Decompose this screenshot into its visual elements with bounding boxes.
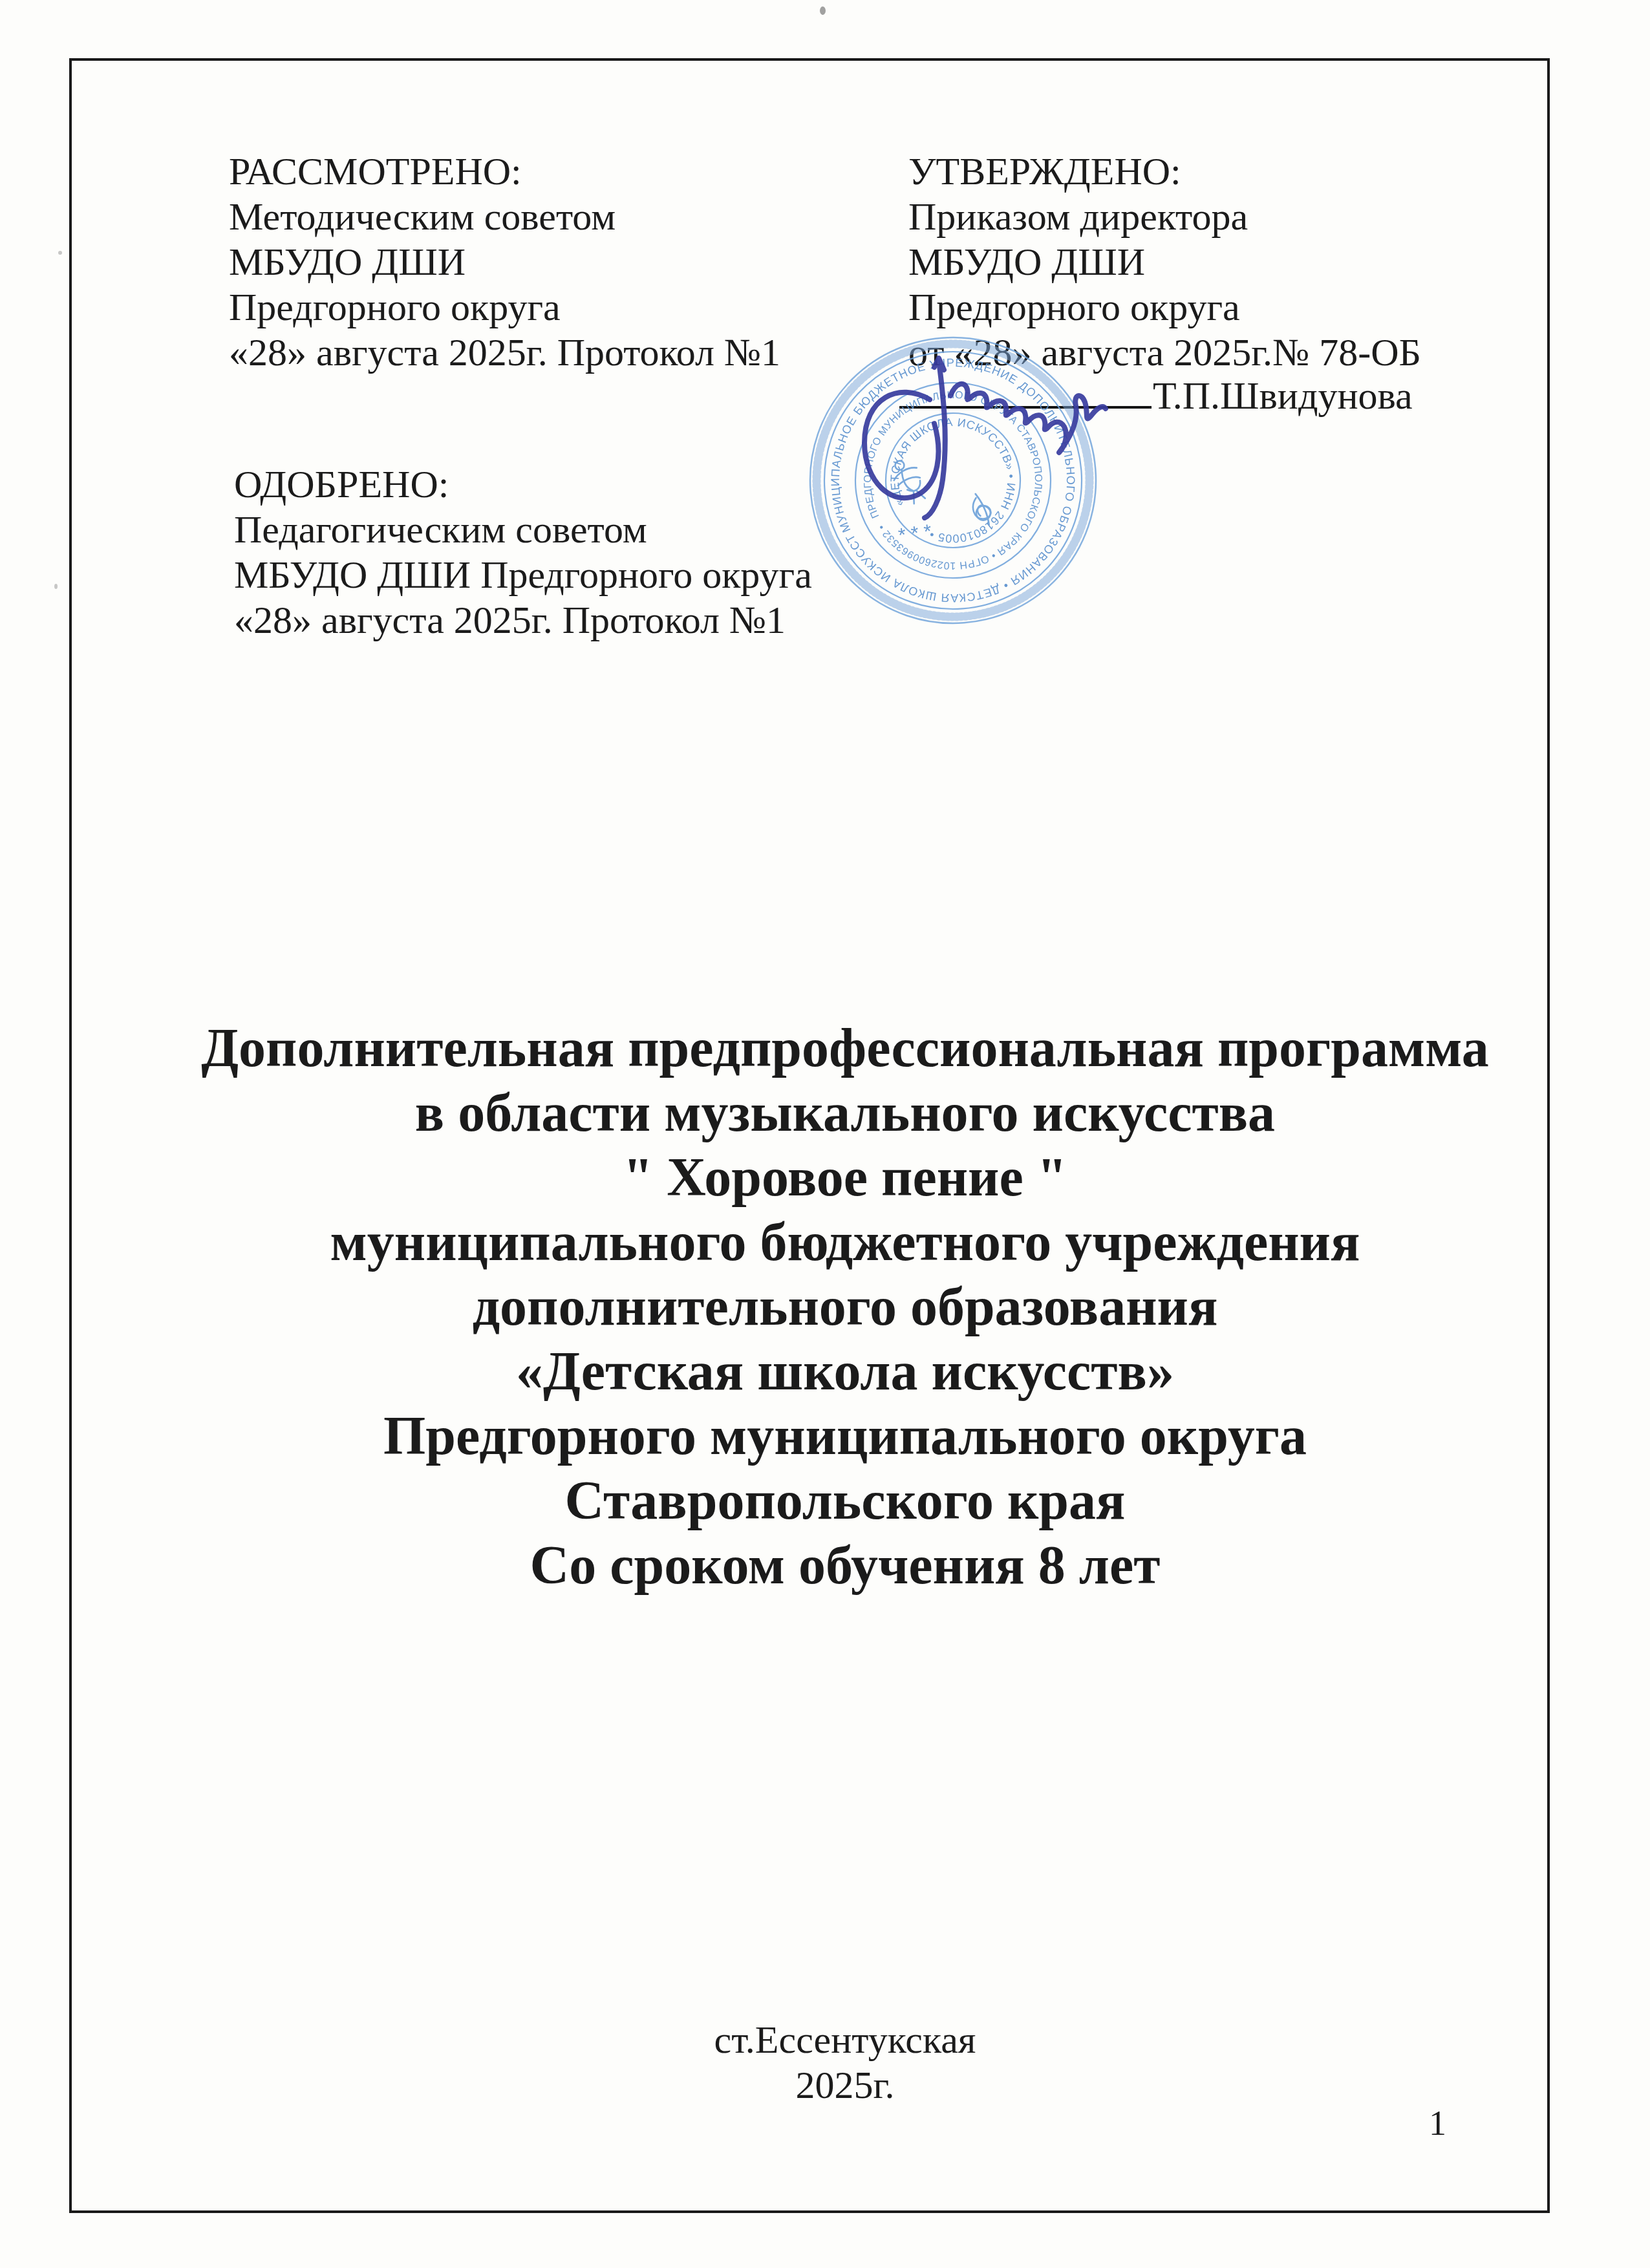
approve-block-line: МБУДО ДШИ — [908, 239, 1421, 284]
program-title-line: Со сроком обучения 8 лет — [129, 1534, 1561, 1598]
approve-block-title: УТВЕРЖДЕНО: — [908, 149, 1421, 194]
program-title-line: Предгорного муниципального округа — [129, 1404, 1561, 1469]
program-title-line: " Хоровое пение " — [129, 1146, 1561, 1210]
program-title-line: в области музыкального искусства — [129, 1081, 1561, 1146]
signature-loop-stroke — [864, 392, 938, 498]
program-title-line: Дополнительная предпрофессиональная прог… — [129, 1016, 1561, 1081]
review-block-line: МБУДО ДШИ — [229, 239, 780, 284]
signature-descender-stroke — [925, 361, 945, 518]
program-title-line: «Детская школа искусств» — [129, 1340, 1561, 1404]
scan-speck — [820, 6, 826, 15]
footer-place: ст.Ессентукская — [129, 2017, 1561, 2062]
scan-speck — [58, 251, 62, 255]
review-block: РАССМОТРЕНО: Методическим советом МБУДО … — [229, 149, 780, 375]
program-title-line: муниципального бюджетного учреждения — [129, 1210, 1561, 1275]
review-block-title: РАССМОТРЕНО: — [229, 149, 780, 194]
signature-squiggle-stroke — [950, 384, 1106, 453]
footer-year: 2025г. — [129, 2062, 1561, 2108]
program-title: Дополнительная предпрофессиональная прог… — [129, 1016, 1561, 1598]
scan-speck — [54, 584, 58, 589]
endorse-block-title: ОДОБРЕНО: — [234, 462, 812, 507]
review-block-line: Предгорного округа — [229, 284, 780, 330]
approve-block-line: Предгорного округа — [908, 284, 1421, 330]
director-signature-name: Т.П.Швидунова — [1153, 373, 1413, 418]
review-block-line: Методическим советом — [229, 194, 780, 239]
program-title-line: дополнительного образования — [129, 1275, 1561, 1340]
endorse-block: ОДОБРЕНО: Педагогическим советом МБУДО Д… — [234, 462, 812, 643]
program-title-line: Ставропольского края — [129, 1469, 1561, 1534]
page-number: 1 — [1429, 2104, 1446, 2143]
director-signature-icon — [802, 336, 1164, 621]
endorse-block-line: Педагогическим советом — [234, 507, 812, 552]
review-block-line: «28» августа 2025г. Протокол №1 — [229, 330, 780, 375]
document-page: РАССМОТРЕНО: Методическим советом МБУДО … — [0, 0, 1650, 2268]
endorse-block-line: МБУДО ДШИ Предгорного округа — [234, 552, 812, 597]
footer: ст.Ессентукская 2025г. — [129, 2017, 1561, 2108]
approve-block-line: Приказом директора — [908, 194, 1421, 239]
endorse-block-line: «28» августа 2025г. Протокол №1 — [234, 597, 812, 643]
